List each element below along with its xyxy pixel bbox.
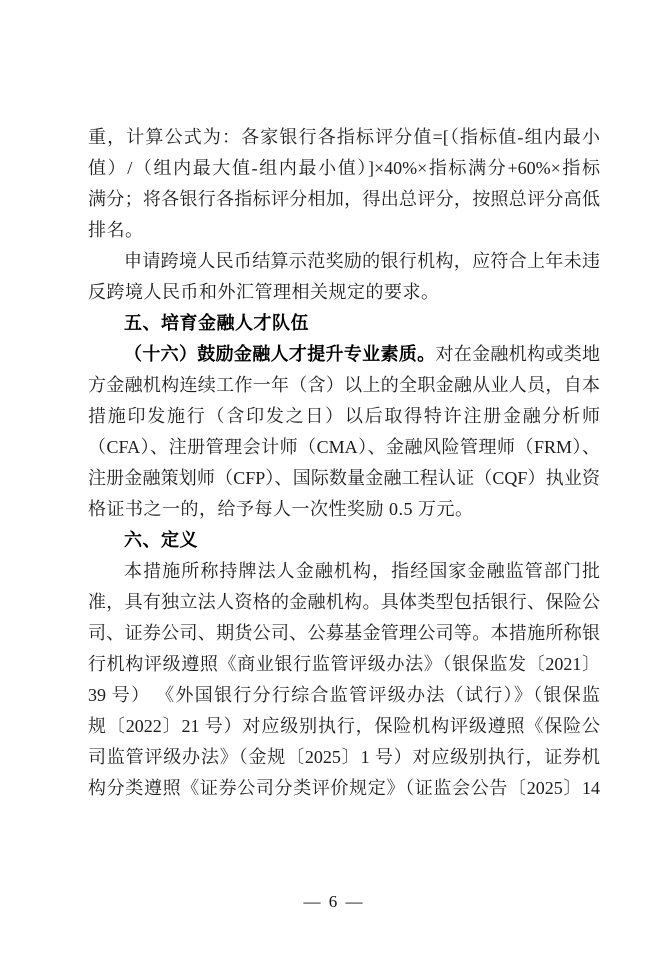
text-line: 五、培育金融人才队伍 [88, 308, 600, 339]
text-line: 申请跨境人民币结算示范奖励的银行机构，应符合上年未违 [88, 246, 600, 277]
text-segment: 构分类遵照《证券公司分类评价规定》（证监会公告〔2025〕14 [88, 778, 600, 798]
text-segment: 满分；将各银行各指标评分相加，得出总评分，按照总评分高低 [88, 189, 600, 209]
text-segment: 对在金融机构或类地 [435, 344, 600, 364]
text-segment: 行机构评级遵照《商业银行监管评级办法》（银保监发〔2021〕 [88, 654, 600, 674]
text-segment: 准，具有独立法人资格的金融机构。具体类型包括银行、保险公 [88, 592, 600, 612]
bold-text-segment: 六、定义 [124, 530, 198, 550]
text-line: 值）/（组内最大值-组内最小值）]×40%×指标满分+60%×指标 [88, 153, 600, 184]
text-line: （CFA）、注册管理会计师（CMA）、金融风险管理师（FRM）、 [88, 432, 600, 463]
text-line: 准，具有独立法人资格的金融机构。具体类型包括银行、保险公 [88, 587, 600, 618]
text-line: （十六）鼓励金融人才提升专业素质。对在金融机构或类地 [88, 339, 600, 370]
text-line: 司、证券公司、期货公司、公募基金管理公司等。本措施所称银 [88, 618, 600, 649]
text-segment: 司、证券公司、期货公司、公募基金管理公司等。本措施所称银 [88, 623, 600, 643]
text-segment: 格证书之一的，给予每人一次性奖励 0.5 万元。 [88, 499, 474, 519]
text-line: 司监管评级办法》（金规〔2025〕1 号）对应级别执行，证券机 [88, 742, 600, 773]
text-line: 反跨境人民币和外汇管理相关规定的要求。 [88, 277, 600, 308]
text-line: 本措施所称持牌法人金融机构，指经国家金融监管部门批 [88, 556, 600, 587]
bold-text-segment: （十六）鼓励金融人才提升专业素质。 [124, 344, 435, 364]
text-segment: 措施印发施行（含印发之日）以后取得特许注册金融分析师 [88, 406, 600, 426]
text-line: 注册金融策划师（CFP）、国际数量金融工程认证（CQF）执业资 [88, 463, 600, 494]
text-line: 规〔2022〕21 号）对应级别执行，保险机构评级遵照《保险公 [88, 711, 600, 742]
text-line: 构分类遵照《证券公司分类评价规定》（证监会公告〔2025〕14 [88, 773, 600, 804]
text-segment: 申请跨境人民币结算示范奖励的银行机构，应符合上年未违 [124, 251, 600, 271]
text-segment: 重，计算公式为：各家银行各指标评分值=[（指标值-组内最小 [88, 127, 600, 147]
text-segment: 值）/（组内最大值-组内最小值）]×40%×指标满分+60%×指标 [88, 158, 600, 178]
text-line: 措施印发施行（含印发之日）以后取得特许注册金融分析师 [88, 401, 600, 432]
text-segment: 规〔2022〕21 号）对应级别执行，保险机构评级遵照《保险公 [88, 716, 600, 736]
text-line: 39 号） 《外国银行分行综合监管评级办法（试行）》（银保监 [88, 680, 600, 711]
text-line: 排名。 [88, 215, 600, 246]
footer-page-number: — 6 — [0, 889, 668, 915]
text-segment: 方金融机构连续工作一年（含）以上的全职金融从业人员，自本 [88, 375, 600, 395]
text-segment: 本措施所称持牌法人金融机构，指经国家金融监管部门批 [124, 561, 600, 581]
text-segment: 排名。 [88, 220, 144, 240]
text-line: 六、定义 [88, 525, 600, 556]
text-segment: 司监管评级办法》（金规〔2025〕1 号）对应级别执行，证券机 [88, 747, 600, 767]
text-line: 重，计算公式为：各家银行各指标评分值=[（指标值-组内最小 [88, 122, 600, 153]
text-line: 满分；将各银行各指标评分相加，得出总评分，按照总评分高低 [88, 184, 600, 215]
text-segment: （CFA）、注册管理会计师（CMA）、金融风险管理师（FRM）、 [88, 437, 600, 457]
text-segment: 39 号） 《外国银行分行综合监管评级办法（试行）》（银保监 [88, 685, 600, 705]
text-line: 方金融机构连续工作一年（含）以上的全职金融从业人员，自本 [88, 370, 600, 401]
text-line: 格证书之一的，给予每人一次性奖励 0.5 万元。 [88, 494, 600, 525]
text-segment: 注册金融策划师（CFP）、国际数量金融工程认证（CQF）执业资 [88, 468, 600, 488]
document-page: 重，计算公式为：各家银行各指标评分值=[（指标值-组内最小值）/（组内最大值-组… [0, 0, 668, 957]
document-text-block: 重，计算公式为：各家银行各指标评分值=[（指标值-组内最小值）/（组内最大值-组… [88, 122, 600, 804]
bold-text-segment: 五、培育金融人才队伍 [124, 313, 309, 333]
text-segment: 反跨境人民币和外汇管理相关规定的要求。 [88, 282, 440, 302]
text-line: 行机构评级遵照《商业银行监管评级办法》（银保监发〔2021〕 [88, 649, 600, 680]
